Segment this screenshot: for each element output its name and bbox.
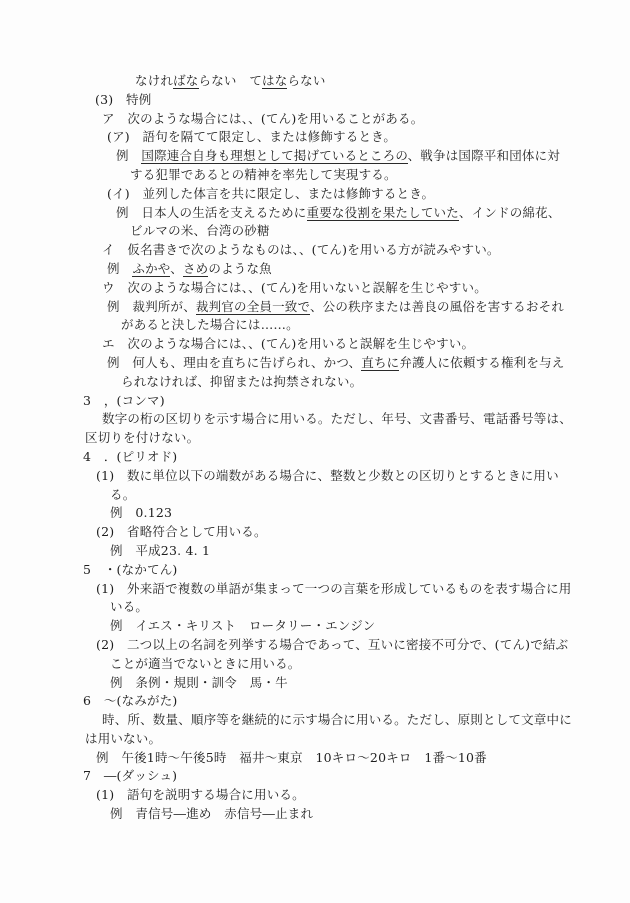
- document-line: ことが適当でないときに用いる。: [0, 655, 630, 674]
- document-line: する犯罪であるとの精神を率先して実現する。: [0, 166, 630, 185]
- text-run: 4 ．(ピリオド): [83, 449, 177, 464]
- text-run: 例 裁判所が、: [107, 299, 196, 314]
- text-run: られなければ、抑留または拘禁されない。: [121, 374, 362, 389]
- text-run: 6 〜(なみがた): [83, 693, 178, 708]
- document-line: 5 ・(なかてん): [0, 561, 630, 580]
- text-run: は用いない。: [85, 731, 161, 746]
- text-run: (イ) 並列した体言を共に限定し、または修飾するとき。: [107, 186, 434, 201]
- document-line: 例 イエス・キリスト ロータリー・エンジン: [0, 617, 630, 636]
- text-run: る。: [110, 487, 135, 502]
- document-line: ア 次のような場合には、、(てん)を用いることがある。: [0, 110, 630, 129]
- text-run: があると決した場合には……。: [121, 317, 299, 332]
- text-run: 区切りを付けない。: [85, 430, 199, 445]
- document-line: 7 ―(ダッシュ): [0, 767, 630, 786]
- document-line: (2) 省略符合として用いる。: [0, 523, 630, 542]
- text-run: 例 青信号―進め 赤信号―止まれ: [110, 806, 313, 821]
- document-line: 数字の桁の区切りを示す場合に用いる。ただし、年号、文書番号、電話番号等は、: [0, 410, 630, 429]
- document-line: (2) 二つ以上の名詞を列挙する場合であって、互いに密接不可分で、(てん)で結ぶ: [0, 636, 630, 655]
- underlined-text: ばな: [173, 73, 198, 89]
- document-line: (3) 特例: [0, 91, 630, 110]
- document-line: 例 何人も、理由を直ちに告げられ、かつ、直ちに弁護人に依頼する権利を与え: [0, 354, 630, 373]
- document-line: があると決した場合には……。: [0, 316, 630, 335]
- document-line: エ 次のような場合には、、(てん)を用いると誤解を生じやすい。: [0, 335, 630, 354]
- underlined-text: 直ちに: [361, 355, 399, 371]
- text-run: 例: [107, 261, 132, 276]
- text-run: エ 次のような場合には、、(てん)を用いると誤解を生じやすい。: [102, 336, 474, 351]
- text-run: (1) 語句を説明する場合に用いる。: [96, 787, 305, 802]
- text-run: (1) 外来語で複数の単語が集まって一つの言葉を形成しているものを表す場合に用: [96, 581, 572, 596]
- text-run: 例 午後1時〜午後5時 福井〜東京 10キロ〜20キロ 1番〜10番: [96, 750, 487, 765]
- text-run: らない て: [199, 73, 263, 88]
- text-run: 数字の桁の区切りを示す場合に用いる。ただし、年号、文書番号、電話番号等は、: [102, 411, 572, 426]
- document-line: 例 裁判所が、裁判官の全員一致で、公の秩序または善良の風俗を害するおそれ: [0, 298, 630, 317]
- document-line: イ 仮名書きで次のようなものは、、(てん)を用いる方が読みやすい。: [0, 241, 630, 260]
- text-run: 、公の秩序または善良の風俗を害するおそれ: [310, 299, 564, 314]
- underlined-text: 重要な役割を果たしていた: [307, 205, 459, 221]
- underlined-text: ふかや: [132, 261, 170, 277]
- document-page: なければならない てはならない(3) 特例ア 次のような場合には、、(てん)を用…: [0, 0, 630, 903]
- text-run: 例 条例・規則・訓令 馬・牛: [110, 675, 288, 690]
- document-line: ビルマの米、台湾の砂糖: [0, 222, 630, 241]
- document-line: ウ 次のような場合には、、(てん)を用いないと誤解を生じやすい。: [0, 279, 630, 298]
- text-run: いる。: [110, 599, 148, 614]
- document-line: (1) 語句を説明する場合に用いる。: [0, 786, 630, 805]
- text-run: 、戦争は国際平和団体に対: [408, 148, 560, 163]
- text-run: (2) 二つ以上の名詞を列挙する場合であって、互いに密接不可分で、(てん)で結ぶ: [96, 637, 568, 652]
- document-line: いる。: [0, 598, 630, 617]
- document-line: る。: [0, 486, 630, 505]
- text-run: 例 0.123: [110, 505, 172, 520]
- text-run: 5 ・(なかてん): [83, 562, 178, 577]
- document-line: 時、所、数量、順序等を継続的に示す場合に用いる。ただし、原則として文章中に: [0, 711, 630, 730]
- document-line: なければならない てはならない: [0, 72, 630, 91]
- document-line: 区切りを付けない。: [0, 429, 630, 448]
- document-body: なければならない てはならない(3) 特例ア 次のような場合には、、(てん)を用…: [0, 72, 630, 824]
- document-line: 例 ふかや、さめのような魚: [0, 260, 630, 279]
- underlined-text: 裁判官の全員一致で: [196, 299, 310, 315]
- text-run: イ 仮名書きで次のようなものは、、(てん)を用いる方が読みやすい。: [102, 242, 500, 257]
- text-run: する犯罪であるとの精神を率先して実現する。: [130, 167, 397, 182]
- text-run: 例 何人も、理由を直ちに告げられ、かつ、: [107, 355, 361, 370]
- text-run: なけれ: [135, 73, 173, 88]
- document-line: 例 日本人の生活を支えるために重要な役割を果たしていた、インドの綿花、: [0, 204, 630, 223]
- document-line: 例 条例・規則・訓令 馬・牛: [0, 674, 630, 693]
- text-run: 例 平成23. 4. 1: [110, 543, 210, 558]
- document-line: 例 国際連合自身も理想として掲げているところの、戦争は国際平和団体に対: [0, 147, 630, 166]
- text-run: 弁護人に依頼する権利を与え: [399, 355, 564, 370]
- document-line: (ア) 語句を隔てて限定し、または修飾するとき。: [0, 128, 630, 147]
- text-run: ビルマの米、台湾の砂糖: [130, 223, 270, 238]
- underlined-text: はな: [262, 73, 287, 89]
- document-line: 例 0.123: [0, 504, 630, 523]
- text-run: 例 イエス・キリスト ロータリー・エンジン: [110, 618, 375, 633]
- document-line: 4 ．(ピリオド): [0, 448, 630, 467]
- document-line: 6 〜(なみがた): [0, 692, 630, 711]
- text-run: (2) 省略符合として用いる。: [96, 524, 267, 539]
- text-run: 、: [170, 261, 183, 276]
- document-line: (1) 外来語で複数の単語が集まって一つの言葉を形成しているものを表す場合に用: [0, 580, 630, 599]
- underlined-text: さめ: [183, 261, 208, 277]
- text-run: ウ 次のような場合には、、(てん)を用いないと誤解を生じやすい。: [102, 280, 487, 295]
- document-line: 例 青信号―進め 赤信号―止まれ: [0, 805, 630, 824]
- text-run: 例: [116, 148, 141, 163]
- text-run: (ア) 語句を隔てて限定し、または修飾するとき。: [107, 129, 396, 144]
- text-run: (3) 特例: [95, 92, 151, 107]
- document-line: 3 ，(コンマ): [0, 392, 630, 411]
- text-run: らない: [287, 73, 325, 88]
- text-run: ことが適当でないときに用いる。: [110, 656, 301, 671]
- text-run: 、インドの綿花、: [459, 205, 561, 220]
- text-run: 3 ，(コンマ): [83, 393, 165, 408]
- document-line: 例 平成23. 4. 1: [0, 542, 630, 561]
- text-run: 例 日本人の生活を支えるために: [116, 205, 307, 220]
- document-line: (1) 数に単位以下の端数がある場合に、整数と少数との区切りとするときに用い: [0, 467, 630, 486]
- text-run: 時、所、数量、順序等を継続的に示す場合に用いる。ただし、原則として文章中に: [102, 712, 572, 727]
- underlined-text: 国際連合自身も理想として掲げているところの: [141, 148, 407, 164]
- document-line: は用いない。: [0, 730, 630, 749]
- document-line: (イ) 並列した体言を共に限定し、または修飾するとき。: [0, 185, 630, 204]
- text-run: (1) 数に単位以下の端数がある場合に、整数と少数との区切りとするときに用い: [96, 468, 559, 483]
- document-line: 例 午後1時〜午後5時 福井〜東京 10キロ〜20キロ 1番〜10番: [0, 749, 630, 768]
- text-run: ア 次のような場合には、、(てん)を用いることがある。: [102, 111, 423, 126]
- text-run: のような魚: [208, 261, 272, 276]
- document-line: られなければ、抑留または拘禁されない。: [0, 373, 630, 392]
- text-run: 7 ―(ダッシュ): [83, 768, 177, 783]
